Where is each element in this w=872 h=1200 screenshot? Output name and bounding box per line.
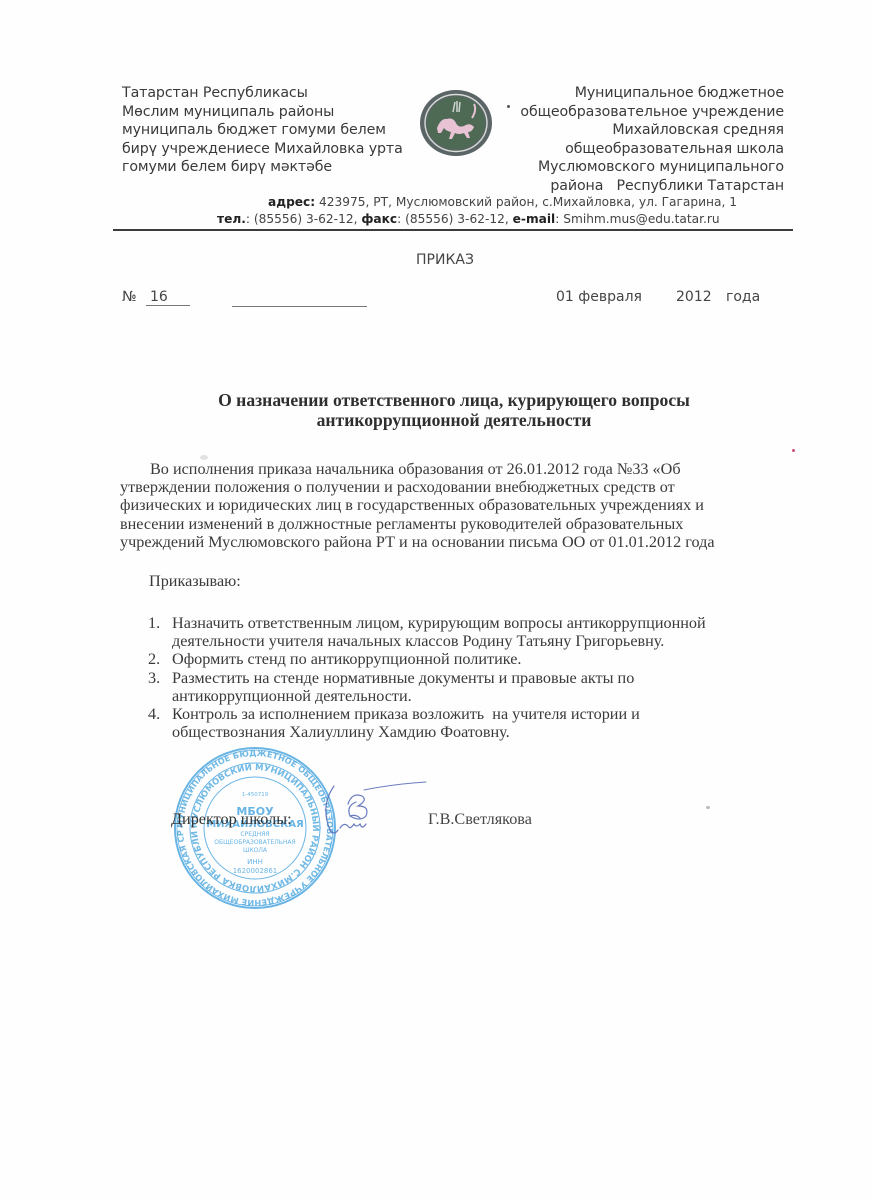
letterhead-left-line: Мөслим муниципаль районы — [122, 103, 403, 122]
list-item: 1. Назначить ответственным лицом, куриру… — [148, 614, 768, 650]
preamble-line: внесении изменений в должностные регламе… — [120, 515, 780, 533]
letterhead-left-line: бирү учреждениесе Михайловка урта — [122, 140, 403, 159]
fax-value: : (85556) 3-62-12, — [397, 212, 512, 226]
item-line: Контроль за исполнением приказа возложит… — [172, 705, 768, 723]
letterhead-left: Татарстан Республикасы Мөслим муниципаль… — [122, 84, 403, 177]
preamble-line: физических и юридических лиц в государст… — [120, 496, 780, 514]
preamble-line: Во исполнения приказа начальника образов… — [120, 460, 780, 478]
order-number-row: № 16 01 февраля 2012 года — [0, 289, 872, 311]
letterhead-right-line: Муниципальное бюджетное — [520, 84, 784, 103]
stamp-line: 1620002861 — [233, 867, 278, 875]
item-line: Разместить на стенде нормативные докумен… — [172, 669, 768, 687]
order-items: 1. Назначить ответственным лицом, куриру… — [148, 614, 768, 741]
letterhead-right-line: района Республики Татарстан — [520, 177, 784, 196]
address-value: 423975, РТ, Муслюмовский район, с.Михайл… — [315, 195, 737, 209]
preamble-line: учреждений Муслюмовского района РТ и на … — [120, 533, 780, 551]
scan-speck — [792, 449, 795, 452]
stamp-line: ОБЩЕОБРАЗОВАТЕЛЬНАЯ — [214, 839, 295, 846]
subject-line: антикоррупционной деятельности — [36, 410, 872, 430]
item-number: 1. — [148, 614, 160, 632]
item-line: деятельности учителя начальных классов Р… — [172, 632, 768, 650]
preamble-line: утверждении положения о получении и расх… — [120, 478, 780, 496]
subject-line: О назначении ответственного лица, куриру… — [36, 390, 872, 410]
item-line: обществознания Халиуллину Хамдию Фоатовн… — [172, 723, 768, 741]
number-sign: № — [122, 289, 137, 305]
order-date: 01 февраля — [556, 289, 642, 305]
item-number: 3. — [148, 669, 160, 687]
contact-row: тел.: (85556) 3-62-12, факс: (85556) 3-6… — [0, 211, 872, 228]
order-number: 16 — [146, 289, 190, 306]
item-number: 2. — [148, 650, 160, 668]
item-line: Оформить стенд по антикоррупционной поли… — [172, 650, 768, 668]
stamp-line: ШКОЛА — [243, 847, 268, 854]
document-page: Татарстан Республикасы Мөслим муниципаль… — [0, 0, 872, 1200]
letterhead-left-line: гомуми белем бирү мәктәбе — [122, 158, 403, 177]
blank-line — [232, 306, 367, 307]
email-value: : Smihm.mus@edu.tatar.ru — [555, 212, 719, 226]
order-heading: ПРИКАЗ — [0, 252, 872, 268]
preamble: Во исполнения приказа начальника образов… — [120, 460, 780, 551]
signatory-name: Г.В.Светлякова — [428, 810, 532, 829]
stamp-line: ИНН — [247, 858, 263, 866]
handwritten-signature-icon — [318, 780, 428, 840]
letterhead-right-line: Михайловская средняя — [520, 121, 784, 140]
stamp-line: СРЕДНЯЯ — [240, 831, 269, 838]
list-item: 4. Контроль за исполнением приказа возло… — [148, 705, 768, 741]
item-line: антикоррупционной деятельности. — [172, 687, 768, 705]
signature-label: Директор школы: — [171, 810, 292, 829]
letterhead-right-line: общеобразовательное учреждение — [520, 103, 784, 122]
letterhead-right: Муниципальное бюджетное общеобразователь… — [520, 84, 784, 195]
svg-text:1-450719: 1-450719 — [242, 792, 269, 798]
order-year-suffix: года — [726, 289, 760, 305]
letterhead-right-line: Муслюмовского муниципального — [520, 158, 784, 177]
item-line: Назначить ответственным лицом, курирующи… — [172, 614, 768, 632]
email-label: e-mail — [513, 212, 556, 226]
scan-speck — [200, 455, 208, 460]
scan-speck — [706, 806, 710, 809]
letterhead-right-line: общеобразовательная школа — [520, 140, 784, 159]
order-year: 2012 — [676, 289, 712, 305]
address-label: адрес: — [268, 195, 315, 209]
letterhead-contacts: адрес: 423975, РТ, Муслюмовский район, с… — [0, 194, 872, 228]
fax-label: факс — [361, 212, 397, 226]
letterhead-left-line: Татарстан Республикасы — [122, 84, 403, 103]
list-item: 2. Оформить стенд по антикоррупционной п… — [148, 650, 768, 668]
letterhead-divider — [113, 229, 793, 231]
scan-speck — [507, 105, 510, 108]
directive: Приказываю: — [149, 572, 241, 591]
phone-value: : (85556) 3-62-12, — [246, 212, 361, 226]
phone-label: тел. — [217, 212, 246, 226]
address-row: адрес: 423975, РТ, Муслюмовский район, с… — [0, 194, 872, 211]
tatarstan-coat-of-arms-icon — [417, 88, 495, 158]
letterhead-left-line: муниципаль бюджет гомуми белем — [122, 121, 403, 140]
order-subject: О назначении ответственного лица, куриру… — [0, 390, 872, 430]
list-item: 3. Разместить на стенде нормативные доку… — [148, 669, 768, 705]
item-number: 4. — [148, 705, 160, 723]
